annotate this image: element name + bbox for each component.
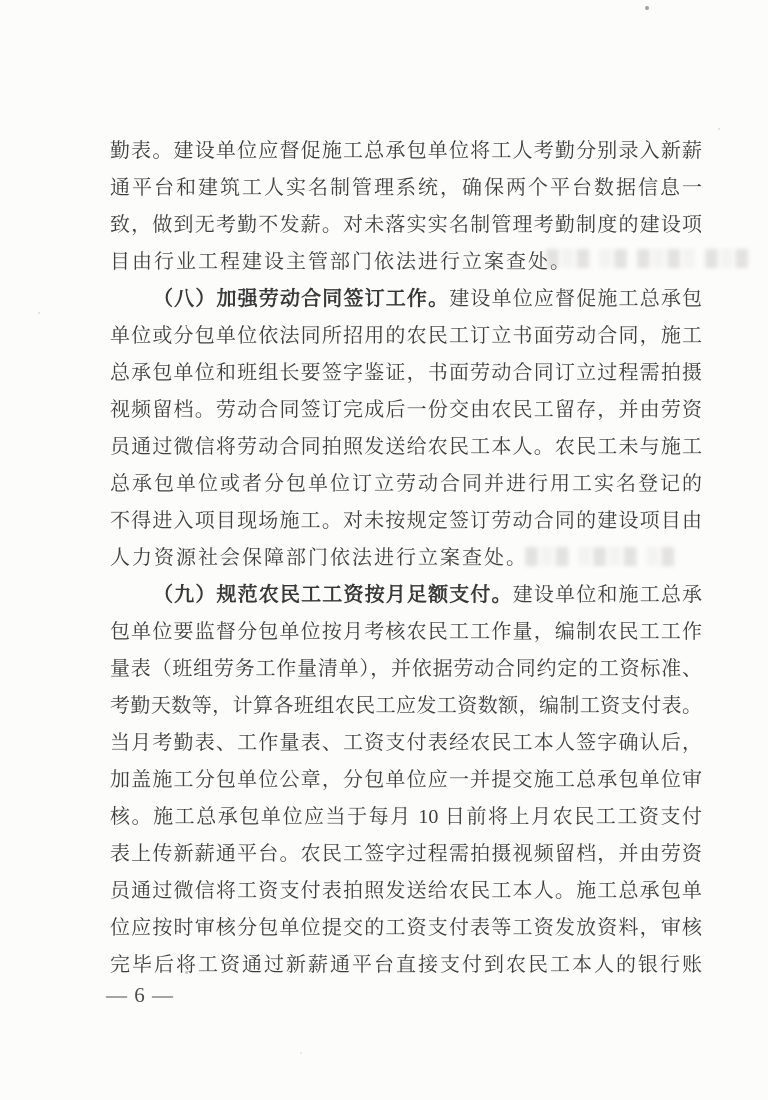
body-text: 勤表。建设单位应督促施工总承包单位将工人考勤分别录入新薪 通平台和建筑工人实名制…: [110, 133, 702, 984]
text-line-section-heading: （八）加强劳动合同签订工作。建设单位应督促施工总承包: [110, 281, 702, 318]
text-line: 考勤天数等，计算各班组农民工应发工资数额，编制工资支付表。: [110, 688, 702, 725]
section-8-heading-rest: 建设单位应督促施工总承包: [449, 288, 702, 310]
scan-speck: [38, 312, 40, 314]
text-line: 人力资源社会保障部门依法进行立案查处。: [110, 540, 702, 577]
text-line: 不得进入项目现场施工。对未按规定签订劳动合同的建设项目由: [110, 503, 702, 540]
text-line: 完毕后将工资通过新薪通平台直接支付到农民工本人的银行账: [110, 947, 702, 984]
text-line: 视频留档。劳动合同签订完成后一份交由农民工留存，并由劳资: [110, 392, 702, 429]
section-8-heading: （八）加强劳动合同签订工作。: [153, 288, 449, 310]
text-line: 勤表。建设单位应督促施工总承包单位将工人考勤分别录入新薪: [110, 133, 702, 170]
scan-speck: [300, 1052, 302, 1054]
section-9-heading: （九）规范农民工工资按月足额支付。: [153, 584, 513, 606]
text-line: 通平台和建筑工人实名制管理系统，确保两个平台数据信息一: [110, 170, 702, 207]
text-line: 表上传新薪通平台。农民工签字过程需拍摄视频留档，并由劳资: [110, 836, 702, 873]
text-line: 致，做到无考勤不发薪。对未落实实名制管理考勤制度的建设项: [110, 207, 702, 244]
text-line: 量表（班组劳务工作量清单），并依据劳动合同约定的工资标准、: [110, 651, 702, 688]
text-line-section-heading: （九）规范农民工工资按月足额支付。建设单位和施工总承: [110, 577, 702, 614]
text-line: 目由行业工程建设主管部门依法进行立案查处。: [110, 244, 702, 281]
text-line: 员通过微信将工资支付表拍照发送给农民工本人。施工总承包单: [110, 873, 702, 910]
text-line: 核。施工总承包单位应当于每月 10 日前将上月农民工工资支付: [110, 799, 702, 836]
text-line: 员通过微信将劳动合同拍照发送给农民工本人。农民工未与施工: [110, 429, 702, 466]
text-line: 单位或分包单位依法同所招用的农民工订立书面劳动合同，施工: [110, 318, 702, 355]
document-page: 勤表。建设单位应督促施工总承包单位将工人考勤分别录入新薪 通平台和建筑工人实名制…: [0, 0, 768, 1100]
text-line: 位应按时审核分包单位提交的工资支付表等工资发放资料，审核: [110, 910, 702, 947]
section-9-heading-rest: 建设单位和施工总承: [513, 584, 702, 606]
text-line: 总承包单位和班组长要签字鉴证，书面劳动合同订立过程需拍摄: [110, 355, 702, 392]
scan-speck: [645, 6, 649, 10]
page-number: — 6 —: [106, 983, 174, 1008]
text-line: 加盖施工分包单位公章，分包单位应一并提交施工总承包单位审: [110, 762, 702, 799]
text-line: 当月考勤表、工作量表、工资支付表经农民工本人签字确认后，: [110, 725, 702, 762]
text-line: 包单位要监督分包单位按月考核农民工工作量，编制农民工工作: [110, 614, 702, 651]
text-line: 总承包单位或者分包单位订立劳动合同并进行用工实名登记的: [110, 466, 702, 503]
scan-speck: [718, 128, 720, 130]
